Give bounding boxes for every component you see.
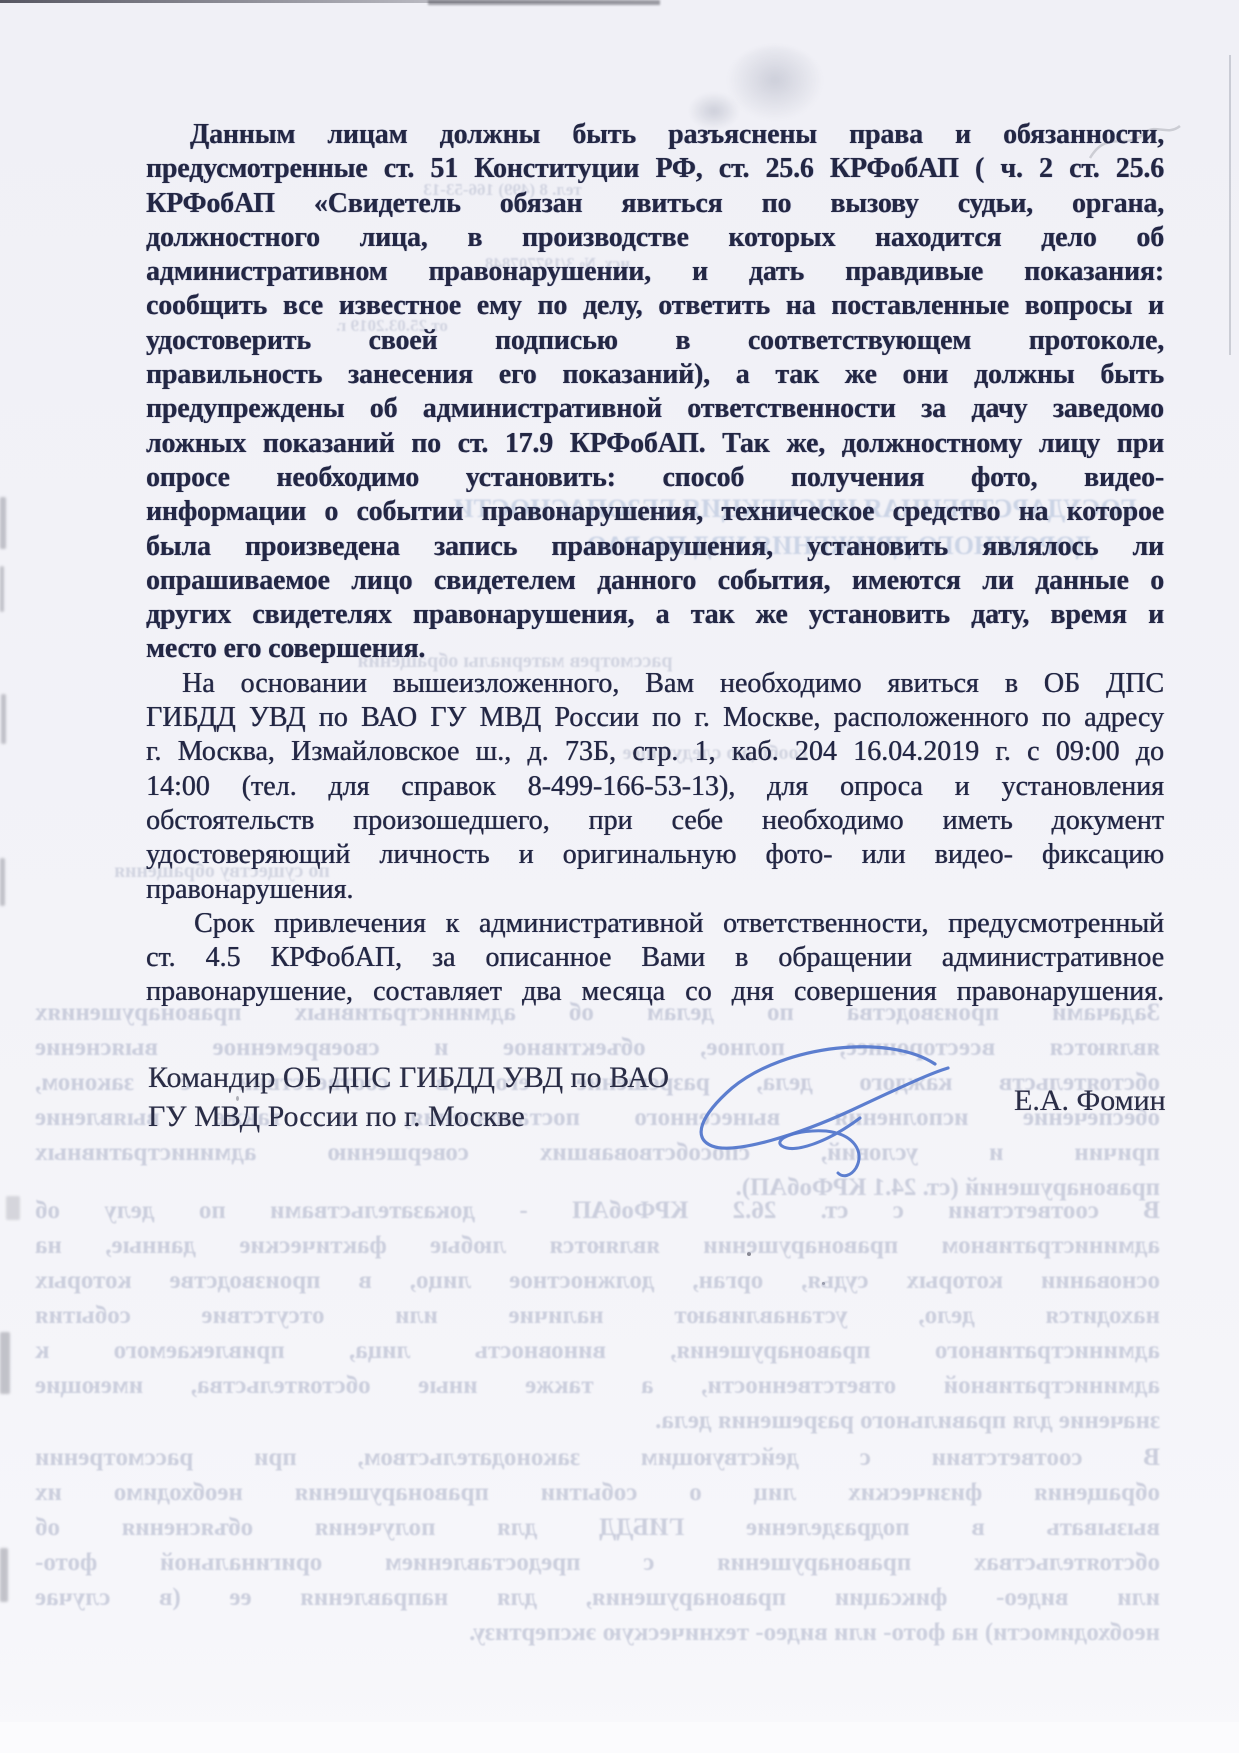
text-line: административном правонарушении, и дать … <box>146 255 1164 289</box>
paragraph-3: Срок привлечения к административной отве… <box>146 907 1164 1010</box>
text-line: ГИБДД УВД по ВАО ГУ МВД России по г. Мос… <box>146 701 1164 735</box>
scan-artifact <box>0 566 4 612</box>
bleedthrough-emblem <box>726 46 824 122</box>
text-line: Срок привлечения к административной отве… <box>146 907 1164 941</box>
text-line: правонарушения. <box>146 873 1164 907</box>
bleedthrough-line: административной ответственности, а такж… <box>35 1368 1160 1403</box>
text-line: информации о событии правонарушения, тех… <box>146 495 1164 529</box>
text-line: других свидетелях правонарушения, а так … <box>146 598 1164 632</box>
text-line: место его совершения. <box>146 632 1164 666</box>
bleedthrough-line: В соответствии с действующим законодател… <box>35 1440 1160 1475</box>
text-line: ложных показаний по ст. 17.9 КРФобАП. Та… <box>146 427 1164 461</box>
text-line: была произведена запись правонарушения, … <box>146 530 1164 564</box>
scan-artifact <box>0 1332 10 1394</box>
handwritten-signature <box>560 1026 960 1276</box>
scan-artifact <box>0 1722 1239 1753</box>
text-line: КРФобАП «Свидетель обязан явиться по выз… <box>146 187 1164 221</box>
scan-artifact <box>0 858 5 906</box>
text-line: 14:00 (тел. для справок 8-499-166-53-13)… <box>146 770 1164 804</box>
bleedthrough-line: обстоятельствах правонарушения с предост… <box>35 1545 1160 1580</box>
bleedthrough-line: значение для правильного разрешения дела… <box>35 1403 1160 1438</box>
bleedthrough-line: необходимости) на фото- или видео- техни… <box>35 1615 1160 1650</box>
paragraph-2: На основании вышеизложенного, Вам необхо… <box>146 667 1164 907</box>
document-body: Данным лицам должны быть разъяснены прав… <box>146 118 1164 1010</box>
scan-artifact <box>1 694 6 744</box>
text-line: опрашиваемое лицо свидетелем данного соб… <box>146 564 1164 598</box>
text-line: предусмотренные ст. 51 Конституции РФ, с… <box>146 152 1164 186</box>
text-line: На основании вышеизложенного, Вам необхо… <box>146 667 1164 701</box>
signatory-name: Е.А. Фомин <box>1014 1084 1166 1118</box>
scan-artifact <box>0 0 660 3</box>
paragraph-1: Данным лицам должны быть разъяснены прав… <box>146 118 1164 667</box>
text-line: опросе необходимо установить: способ пол… <box>146 461 1164 495</box>
text-line: г. Москва, Измайловское ш., д. 73Б, стр.… <box>146 735 1164 769</box>
scan-artifact <box>0 497 6 549</box>
bleedthrough-line: или видео- фиксации правонарушения, для … <box>35 1580 1160 1615</box>
bleedthrough-paragraph: В соответствии с действующим законодател… <box>35 1440 1160 1650</box>
text-line: Данным лицам должны быть разъяснены прав… <box>146 118 1164 152</box>
text-line: правильность занесения его показаний), а… <box>146 358 1164 392</box>
scan-artifact <box>0 1548 8 1602</box>
scan-artifact <box>1229 55 1231 355</box>
text-line: обстоятельств произошедшего, при себе не… <box>146 804 1164 838</box>
text-line: сообщить все известное ему по делу, отве… <box>146 289 1164 323</box>
text-line: удостоверить своей подписью в соответств… <box>146 324 1164 358</box>
text-line: должностного лица, в производстве которы… <box>146 221 1164 255</box>
bleedthrough-line: вызывать в подразделение ГИБДД для получ… <box>35 1510 1160 1545</box>
scan-artifact <box>428 0 660 5</box>
text-line: предупреждены об административной ответс… <box>146 392 1164 426</box>
scan-artifact <box>6 1196 20 1220</box>
text-line: удостоверяющий личность и оригинальную ф… <box>146 838 1164 872</box>
text-line: правонарушение, составляет два месяца со… <box>146 975 1164 1009</box>
bleedthrough-line: находится дело, устанавливают наличие ил… <box>35 1298 1160 1333</box>
bleedthrough-line: обращения физических лиц о событии право… <box>35 1475 1160 1510</box>
scanned-document-page: Задачами производства по делам об админи… <box>0 0 1239 1753</box>
text-line: ст. 4.5 КРФобАП, за описанное Вами в обр… <box>146 941 1164 975</box>
bleedthrough-line: административного правонарушения, виновн… <box>35 1333 1160 1368</box>
